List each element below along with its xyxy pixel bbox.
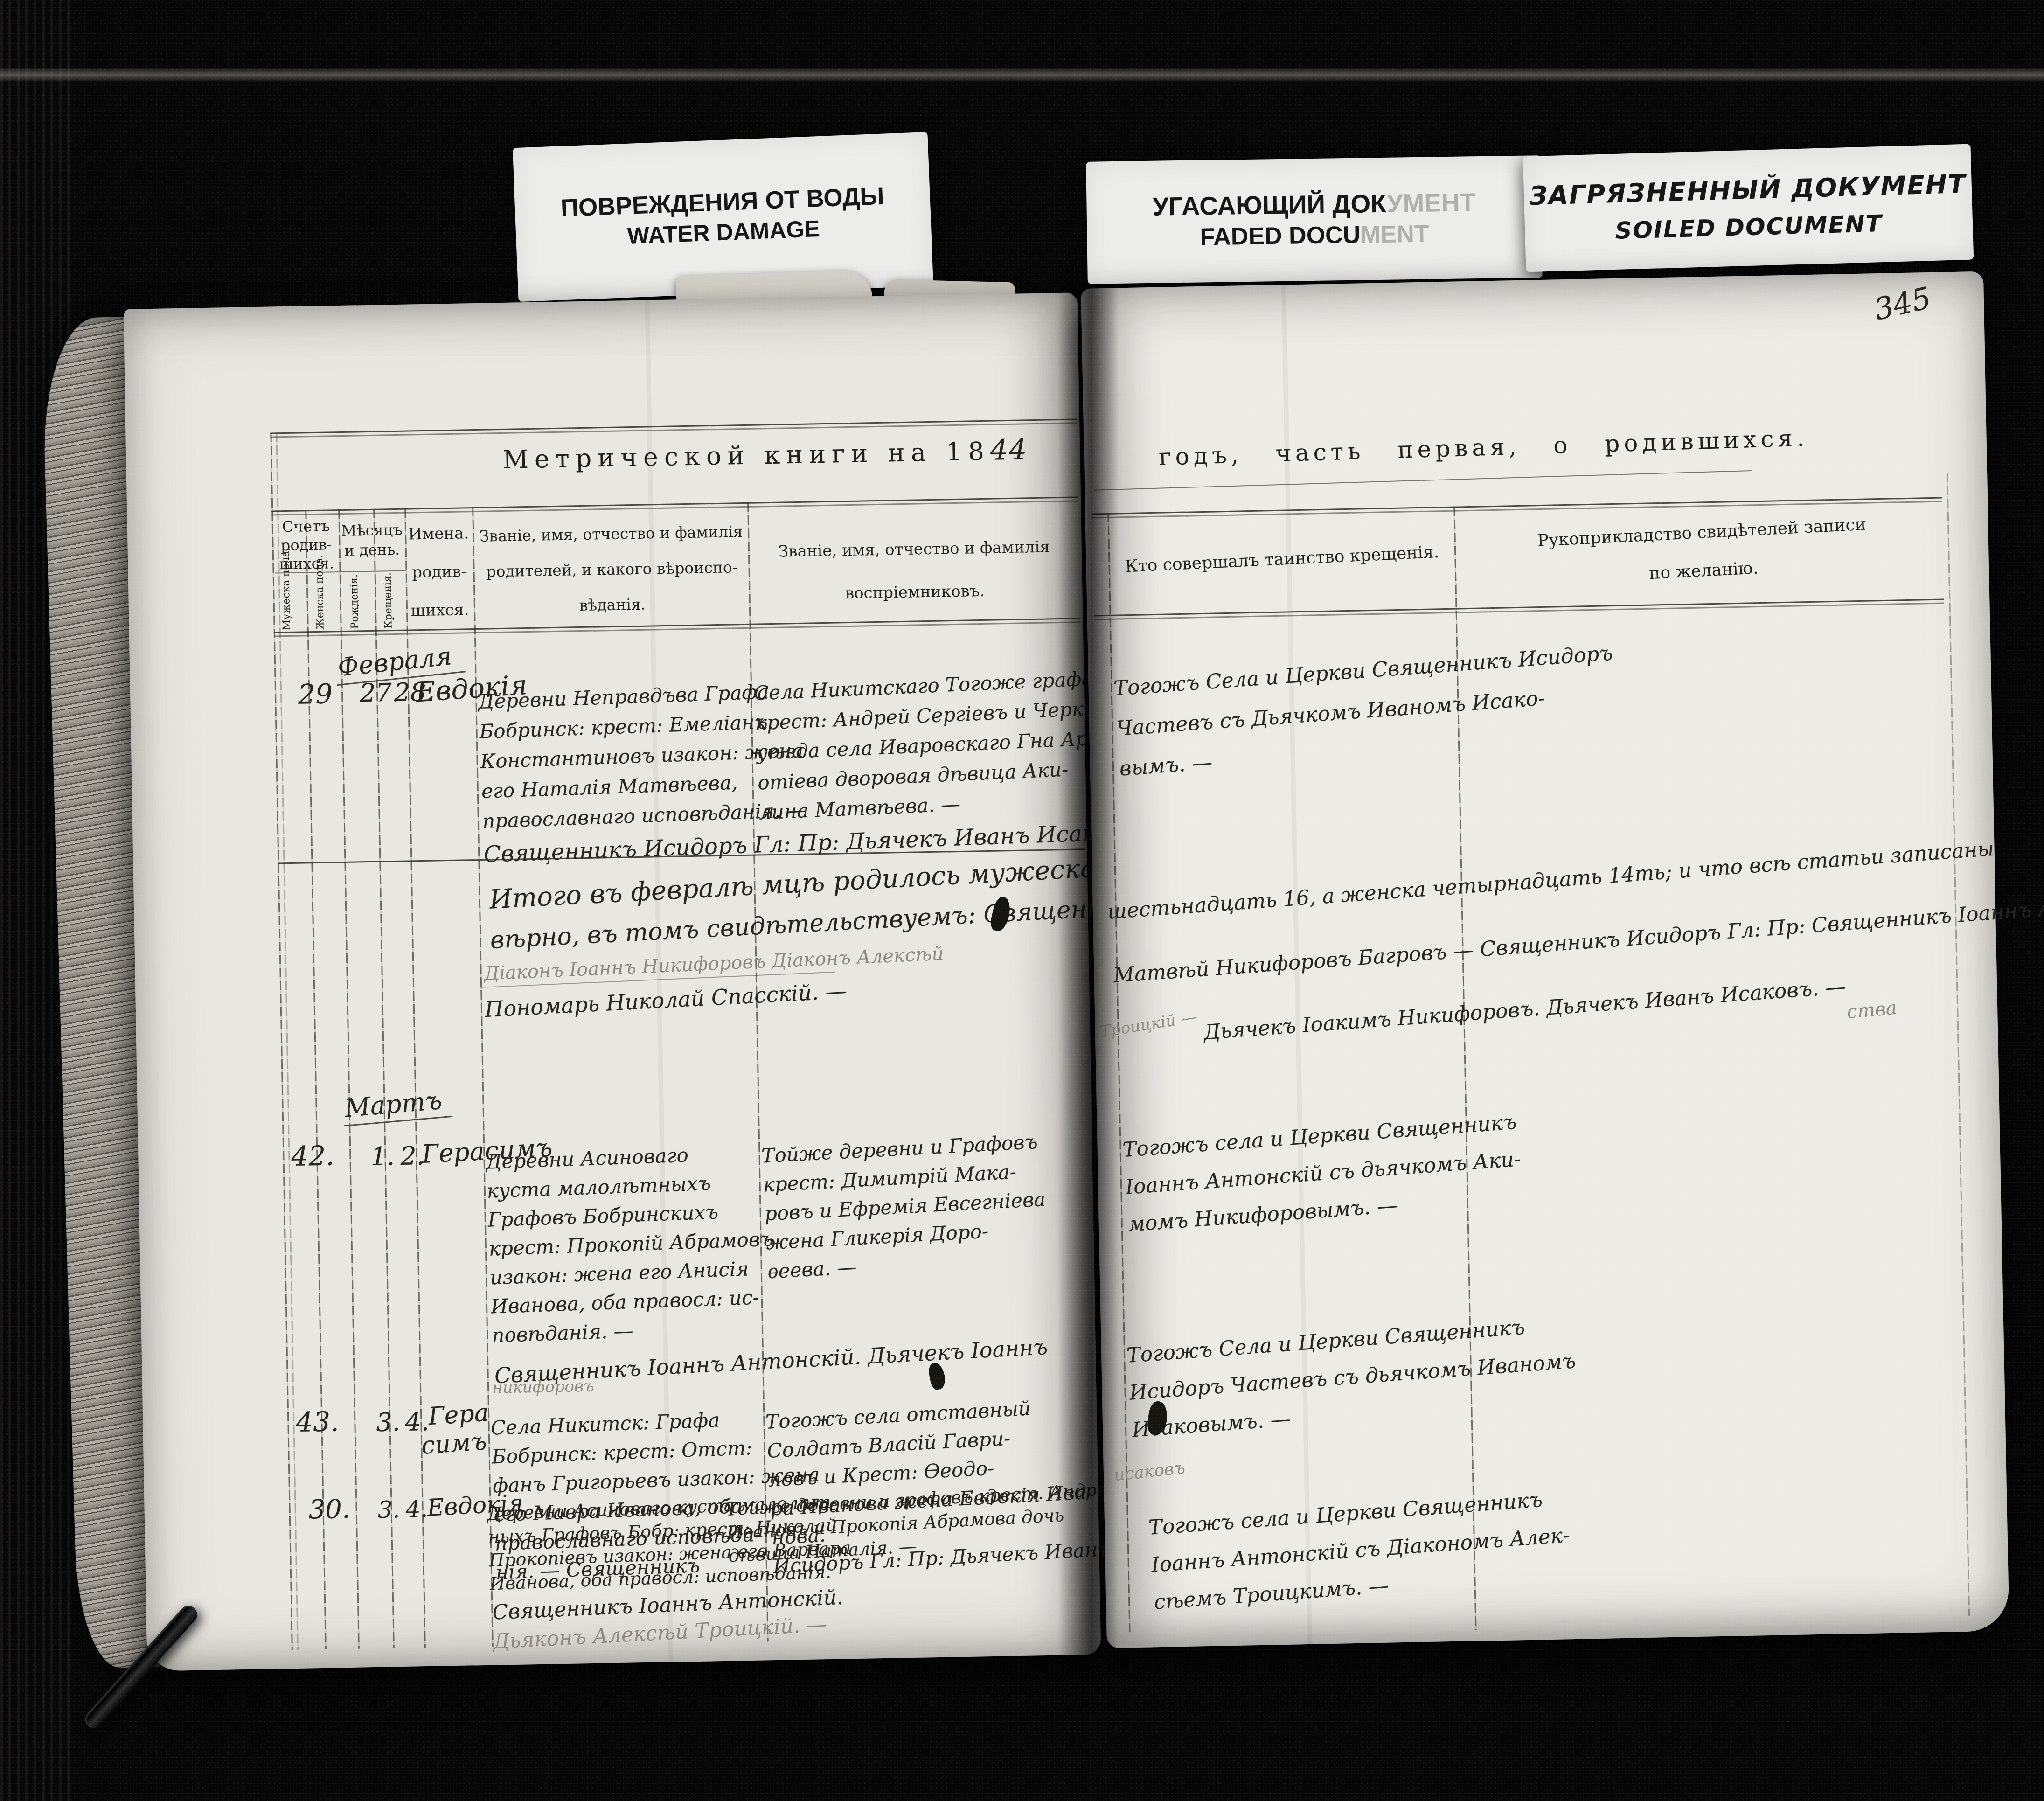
entry29-parents: Деревни Неправдъва ГрафаБобринск: крест:…	[478, 678, 756, 836]
faded-label-ru-solid: УГАСАЮЩИЙ ДОК	[1152, 189, 1387, 221]
right-page-title: годъ, часть первая, о родившихся.	[1158, 424, 1808, 471]
response-entry43-officiant: Тогожъ Села и Церкви СвященникъИсидоръ Ч…	[1126, 1310, 1515, 1449]
right-page: 345 годъ, часть первая, о родившихся. Кт…	[1081, 271, 2009, 1648]
entry43-name-line2: симъ	[420, 1427, 487, 1460]
header-female: Женска пола.	[314, 575, 327, 630]
table-header-bottom-rule	[1094, 598, 1944, 616]
entry42-godparents: Тойже деревни и Графовъкрест: Димитрій М…	[761, 1125, 1094, 1286]
marginal-note-stva: ства	[1846, 997, 1898, 1023]
marginal-note-isakov: исаковъ	[1113, 1458, 1186, 1485]
metrical-book-title: Метрической книги на 18	[502, 437, 990, 474]
header-names: Имена.родив-шихся.	[405, 514, 473, 630]
entry43-birth-day: 3.	[376, 1407, 401, 1437]
entry30-parents: Деревни Асиноваго куста малолѣт-ныхъ Гра…	[487, 1494, 733, 1595]
faded-label-ru-faded: УМЕНТ	[1387, 188, 1476, 218]
archival-photo: ПОВРЕЖДЕНИЯ ОТ ВОДЫ WATER DAMAGE УГАСАЮЩ…	[0, 0, 2044, 1801]
header-parents: Званіе, имя, отчество и фамиліяродителей…	[476, 514, 748, 625]
soiled-document-label: ЗАГРЯЗНЕННЫЙ ДОКУМЕНТ SOILED DOCUMENT	[1523, 144, 1974, 272]
header-month-day: Мѣсяцъи день.	[339, 520, 405, 560]
header-godparents: Званіе, имя, отчество и фамиліявоспріемн…	[751, 525, 1078, 616]
left-page: Метрической книги на 1844 Счетъродив-ших…	[124, 292, 1101, 1671]
title-underline-rule	[1094, 470, 1752, 491]
faded-document-label-en: FADED DOCUMENT	[1200, 219, 1429, 252]
faded-document-label: УГАСАЮЩИЙ ДОКУМЕНТ FADED DOCUMENT	[1086, 155, 1543, 284]
ink-blot	[927, 1361, 947, 1391]
shelf-edge	[0, 68, 2044, 82]
entry30-count-female: 30.	[308, 1494, 350, 1525]
entry43-name-line1: Гера	[427, 1398, 489, 1431]
entry30-baptism-day: 4.	[405, 1495, 428, 1523]
entry42-parents: Деревни Асиновагокуста малолѣтныхъГрафов…	[485, 1139, 756, 1350]
response-entry42-officiant: Тогожъ села и Церкви СвященникъІоаннъ Ан…	[1121, 1106, 1497, 1244]
entry43-count-male: 43.	[296, 1405, 339, 1438]
header-male: Мужеска пола,	[280, 575, 293, 630]
left-page-title: Метрической книги на 1844	[499, 433, 1031, 475]
metrical-book-year-handwritten: 44	[990, 433, 1028, 466]
response-entry29-officiant: Тогожъ Села и Церкви Священникъ ИсидоръЧ…	[1112, 642, 1502, 789]
response-entry30-officiant: Тогожъ села и Церкви СвященникъІоаннъ Ан…	[1147, 1482, 1537, 1621]
book-gutter-shadow	[1058, 285, 1119, 1661]
header-witnesses: Рукоприкладство свидѣтелей записипо жела…	[1468, 502, 1938, 602]
faded-label-en-faded: MENT	[1360, 220, 1429, 248]
table-header-top-rule	[271, 496, 1078, 512]
faded-label-en-solid: FADED DOCU	[1200, 222, 1361, 251]
header-officiant: Кто совершалъ таинство крещенія.	[1119, 542, 1446, 577]
entry42-birth-day: 1.	[370, 1141, 395, 1171]
month-header-march: Мартъ	[341, 1085, 452, 1126]
entry29-godparents: Села Никитскаго Тогоже графакрест: Андре…	[753, 664, 1086, 827]
entry42-count-male: 42.	[291, 1140, 334, 1172]
entry30-birth-day: 3.	[377, 1496, 400, 1523]
faded-document-label-ru: УГАСАЮЩИЙ ДОКУМЕНТ	[1152, 186, 1475, 223]
table-right-border	[1947, 473, 1970, 1616]
header-birth-date: Рожденія.	[348, 574, 361, 629]
page-top-rule	[270, 418, 1077, 434]
soiled-document-label-en: SOILED DOCUMENT	[1615, 209, 1883, 245]
header-baptism-date: Крещенія.	[382, 573, 395, 628]
folio-page-number: 345	[1871, 281, 1934, 327]
entry29-count-female: 29	[298, 678, 333, 710]
entry42-interlinear-note: никифоровъ	[492, 1377, 594, 1398]
soiled-document-label-ru: ЗАГРЯЗНЕННЫЙ ДОКУМЕНТ	[1529, 168, 1967, 212]
